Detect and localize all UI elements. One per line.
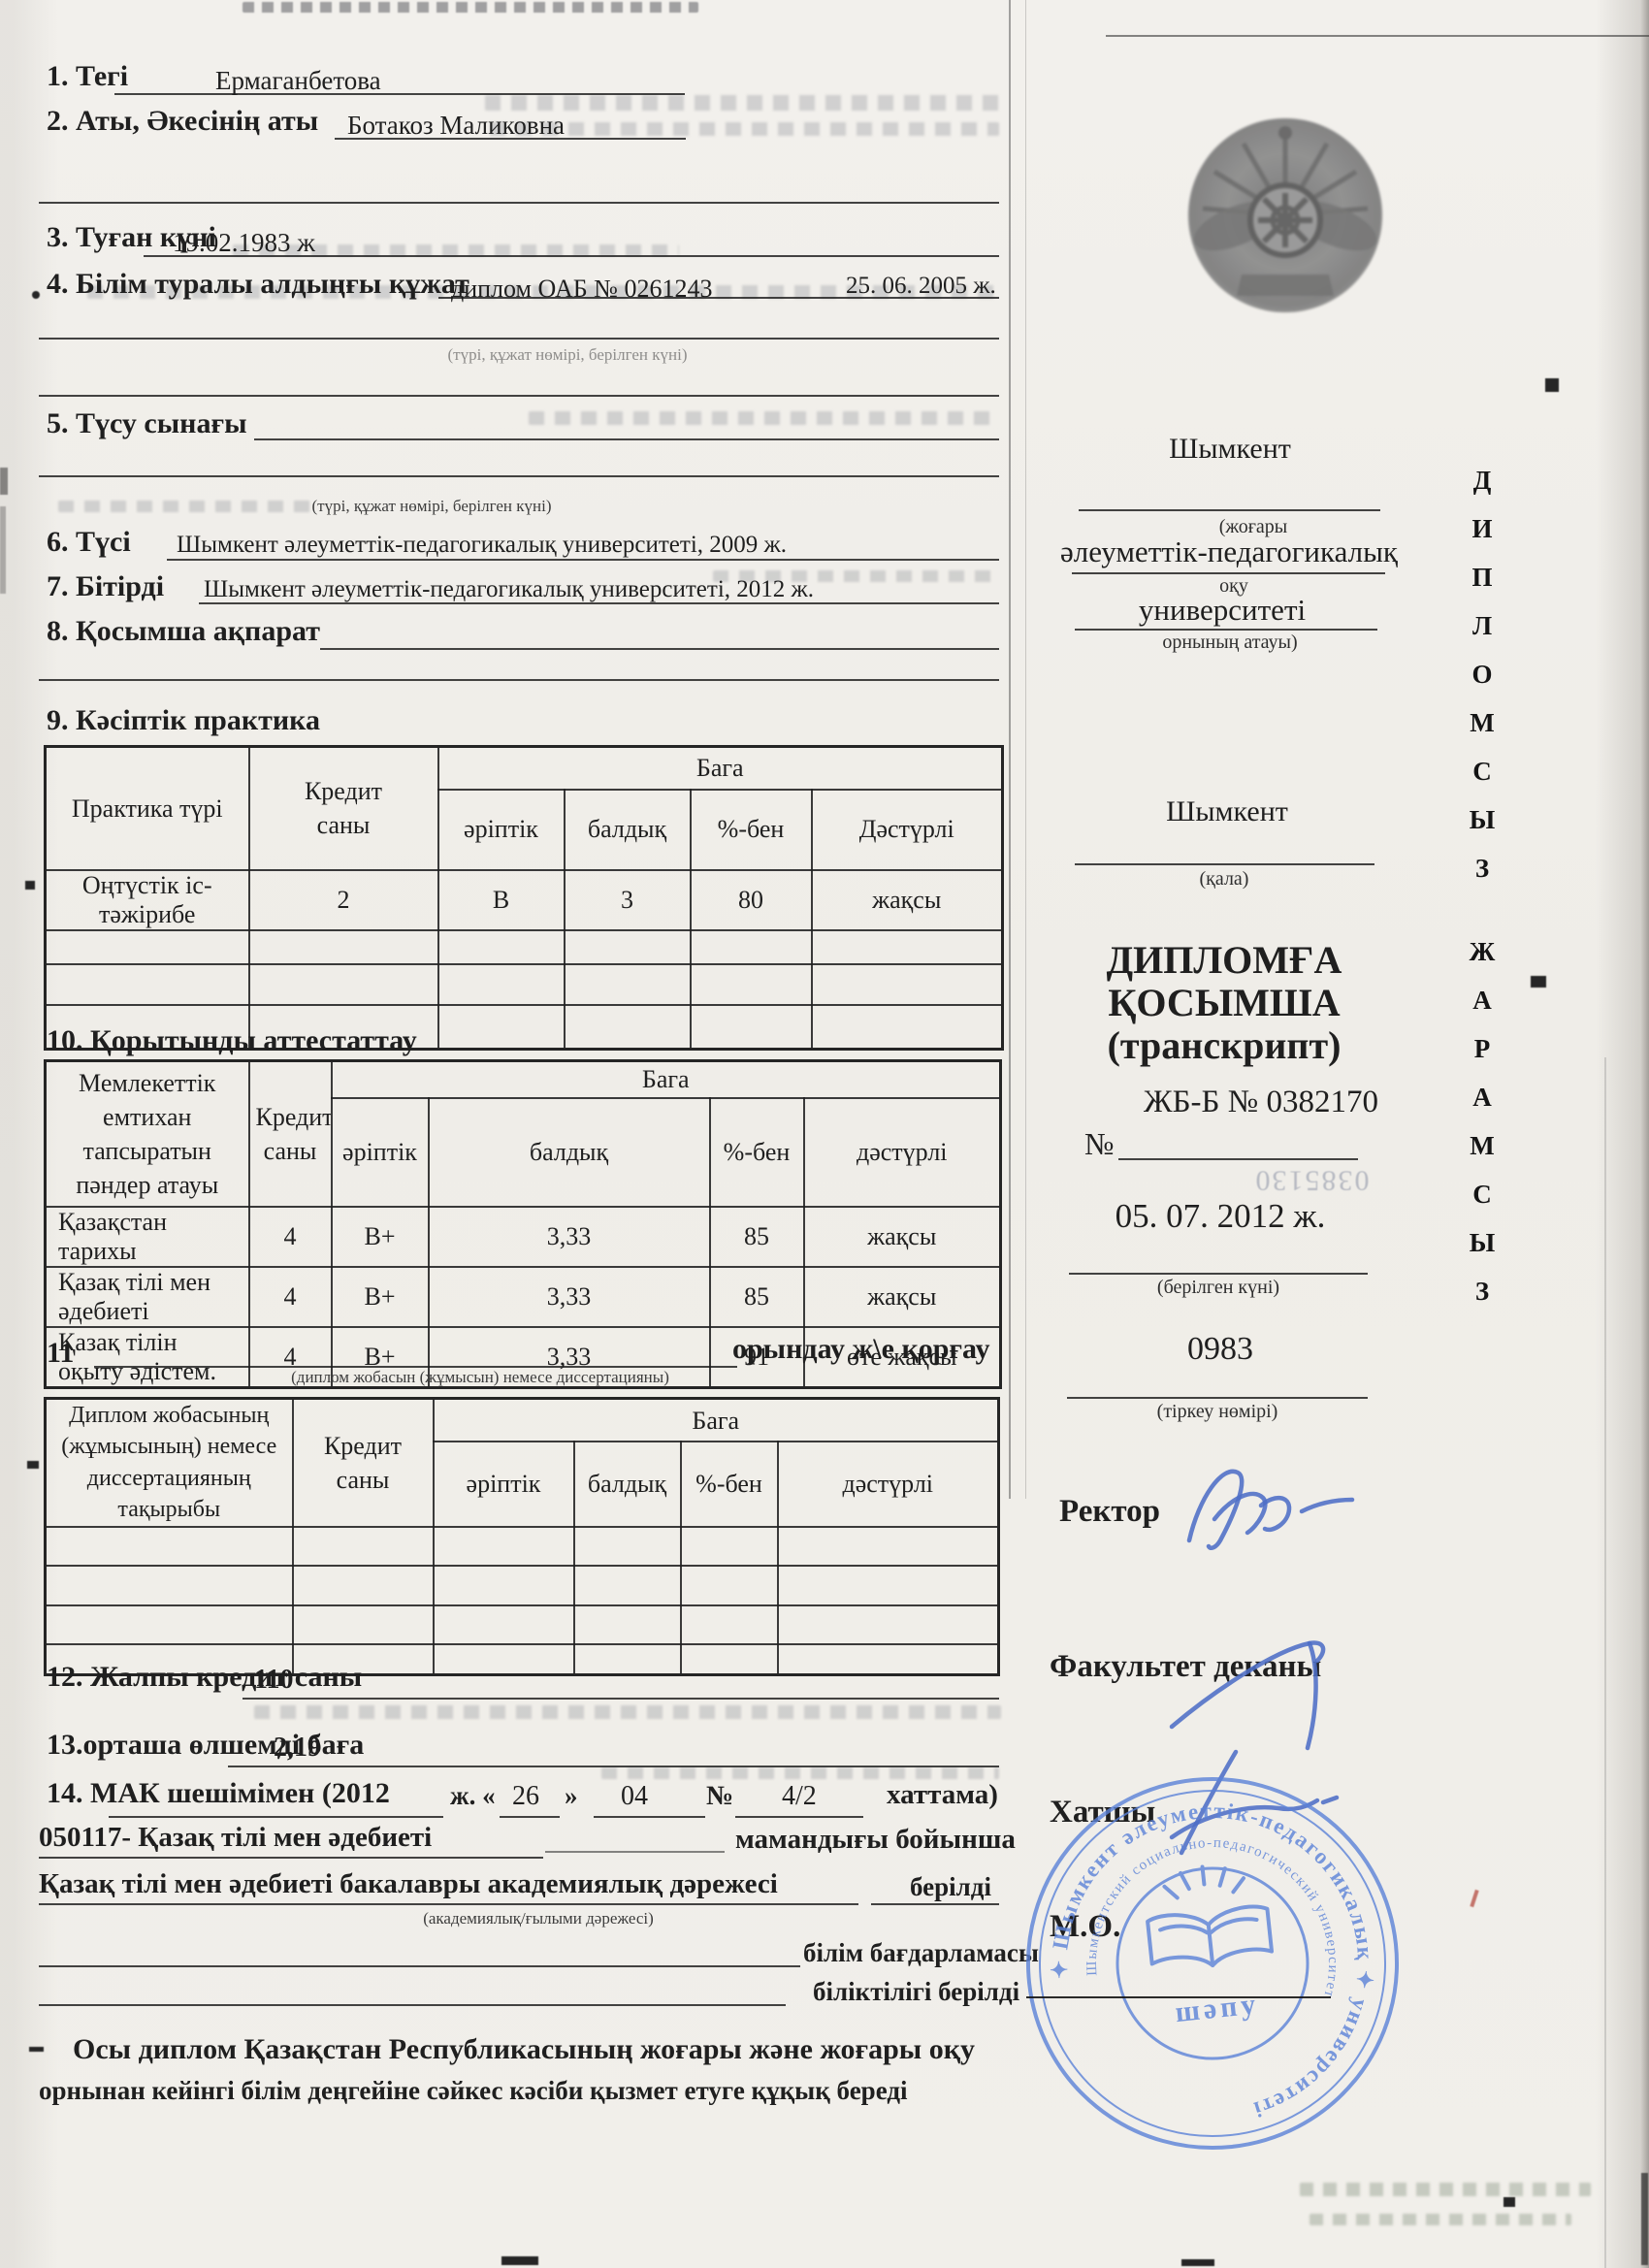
doc-title-line-2: ҚОСЫМША [1108, 982, 1340, 1025]
field-7-value: Шымкент әлеуметтік-педагогикалық универс… [204, 576, 814, 603]
university-round-stamp: ✦ Шымкент әлеуметтік-педагогикалық ✦ уни… [986, 1737, 1439, 2189]
col-grade: Бага [332, 1061, 1001, 1098]
table-row: Оңтүстік іс-тәжірибе2В380жақсы [46, 870, 1003, 930]
table-cell [438, 930, 565, 964]
speciality-right-text: мамандығы бойынша [735, 1824, 1016, 1855]
bleed-through-number: 0385130 [1254, 1164, 1370, 1197]
scan-smudge [485, 95, 999, 111]
page-edge-line [1604, 1057, 1606, 2268]
qualification-right-text: біліктілігі берілді [813, 1977, 1019, 2006]
table-header-row: Мемлекеттік емтихан тапсыратын пәндер ат… [46, 1061, 1001, 1098]
scan-speck [1503, 2197, 1515, 2207]
underline [109, 1816, 443, 1818]
table-header-row: Диплом жобасының (жұмысының) немесе дисс… [46, 1399, 999, 1442]
diploma-project-table: Диплом жобасының (жұмысының) немесе дисс… [44, 1397, 1000, 1676]
serial-number: ЖБ-Б № 0382170 [1144, 1085, 1378, 1120]
bullet-dash [29, 2047, 44, 2052]
scan-speck [501, 2256, 538, 2265]
scan-speck [1531, 976, 1546, 988]
field-4-label: 4. Білім туралы алдыңғы құжат [47, 268, 469, 301]
field-13-value: 2,19 [274, 1733, 321, 1763]
table-cell [778, 1605, 999, 1644]
table-cell [691, 1005, 812, 1050]
top-edge-line [1106, 35, 1649, 37]
field-14-day: 26 [512, 1781, 539, 1811]
field-2-label: 2. Аты, Әкесінің аты [47, 105, 318, 138]
col-percent: %-бен [710, 1098, 804, 1207]
field-14-zh: ж. « [450, 1781, 496, 1810]
table-cell: В+ [332, 1207, 429, 1267]
col-credits: Кредит саны [249, 1061, 332, 1207]
field-6-value: Шымкент әлеуметтік-педагогикалық универс… [177, 532, 787, 559]
underline [735, 1816, 863, 1818]
side-text-word-1: ДИПЛОМСЫЗ [1467, 466, 1497, 902]
field-2-value: Ботакоз Маликовна [347, 111, 565, 140]
table-cell [574, 1605, 681, 1644]
table-header-row: Практика түрі Кредит саны Бага [46, 747, 1003, 790]
underline [39, 1965, 800, 1967]
underline [320, 648, 999, 650]
blank-line [39, 475, 999, 477]
table-cell [565, 964, 691, 1005]
col-practice-type: Практика түрі [46, 747, 249, 870]
scan-smudge [1309, 2214, 1571, 2225]
footer-line-1: Осы диплом Қазақстан Республикасының жоғ… [73, 2033, 975, 2066]
section-10-title: 10. Қорытынды аттестаттау [47, 1024, 417, 1057]
col-percent: %-бен [681, 1442, 778, 1526]
field-4-date: 25. 06. 2005 ж. [846, 273, 996, 300]
rector-label: Ректор [1059, 1494, 1160, 1530]
bullet-square [25, 881, 35, 890]
table-cell [434, 1566, 574, 1605]
table-cell [434, 1527, 574, 1566]
col-letter: әріптік [332, 1098, 429, 1207]
table-cell: 3,33 [429, 1267, 710, 1327]
dean-signature [1164, 1618, 1358, 1759]
col-letter: әріптік [434, 1442, 574, 1526]
table-cell: В+ [332, 1267, 429, 1327]
table-cell [565, 1005, 691, 1050]
col-traditional: дәстүрлі [804, 1098, 1001, 1207]
table-cell [812, 1005, 1003, 1050]
no-sign: № [1084, 1127, 1115, 1162]
scan-speck [0, 468, 8, 495]
table-cell [691, 930, 812, 964]
underline [167, 559, 999, 561]
table-cell [574, 1527, 681, 1566]
fold-line [1009, 0, 1011, 1499]
field-14-label: 14. МАК шешімімен (2012 [47, 1777, 390, 1810]
table-cell [565, 930, 691, 964]
scan-smudge [254, 1705, 1001, 1719]
right-edge-shadow [1640, 0, 1649, 2268]
field-14-no-sign: № [706, 1781, 733, 1811]
field-1-label: 1. Тегі [47, 60, 128, 93]
field-14-quote: » [565, 1781, 578, 1810]
scan-speck [1181, 2259, 1214, 2266]
underline [500, 1816, 560, 1818]
practice-table: Практика түрі Кредит саны Бага әріптік б… [44, 745, 1004, 1051]
field-7-label: 7. Бітірді [47, 570, 164, 603]
table-cell [46, 930, 249, 964]
scan-smudge [601, 1767, 999, 1779]
blank-line [39, 395, 999, 397]
field-14-month: 04 [621, 1781, 648, 1811]
table-row [46, 1566, 999, 1605]
emblem-cross [1258, 193, 1312, 247]
table-cell: В [438, 870, 565, 930]
university-line-2: университеті [1139, 594, 1306, 628]
scan-smudge [1300, 2183, 1591, 2196]
registration-number: 0983 [1187, 1331, 1253, 1368]
table-cell [681, 1527, 778, 1566]
table-cell [812, 930, 1003, 964]
cap-registration: (тіркеу нөмірі) [1157, 1401, 1278, 1422]
table-cell [778, 1527, 999, 1566]
speciality-code-name: 050117- Қазақ тілі мен әдебиеті [39, 1822, 432, 1853]
doc-type-caption: (түрі, құжат нөмірі, берілген күні) [448, 345, 688, 364]
underline [1079, 509, 1380, 511]
fold-line-2 [1025, 0, 1026, 1499]
university-line-1: әлеуметтік-педагогикалық [1060, 535, 1398, 569]
emblem-star [1278, 126, 1292, 140]
underline [1075, 629, 1377, 631]
table-cell [812, 964, 1003, 1005]
underline [1067, 1397, 1368, 1399]
table-cell [293, 1566, 434, 1605]
table-cell [438, 1005, 565, 1050]
table-cell [691, 964, 812, 1005]
underline [871, 1903, 999, 1905]
table-cell: 4 [249, 1267, 332, 1327]
footer-line-2: орнынан кейінгі білім деңгейіне сәйкес к… [39, 2076, 907, 2105]
table-cell [681, 1644, 778, 1675]
table-row [46, 964, 1003, 1005]
col-credits: Кредит саны [293, 1399, 434, 1527]
scan-speck [1641, 2173, 1648, 2265]
blank-line [39, 202, 999, 204]
table-cell: Қазақ тілі мен әдебиеті [46, 1267, 249, 1327]
table-row [46, 1527, 999, 1566]
table-cell: 4 [249, 1207, 332, 1267]
degree-text: Қазақ тілі мен әдебиеті бакалавры академ… [39, 1868, 778, 1899]
table-cell: 85 [710, 1207, 804, 1267]
underline [114, 93, 685, 95]
field-6-label: 6. Түсі [47, 526, 131, 559]
table-cell [778, 1566, 999, 1605]
col-points: балдық [429, 1098, 710, 1207]
table-row: Қазақстан тарихы4В+3,3385жақсы [46, 1207, 1001, 1267]
table-cell [293, 1605, 434, 1644]
table-cell [434, 1605, 574, 1644]
doc-type-caption-2: (түрі, құжат нөмірі, берілген күні) [312, 497, 552, 515]
field-14-protocol-no: 4/2 [782, 1781, 817, 1811]
col-points: балдық [565, 790, 691, 870]
table-cell [46, 964, 249, 1005]
underline [144, 255, 999, 257]
scan-smudge [529, 411, 994, 425]
table-row: Қазақ тілі мен әдебиеті4В+3,3385жақсы [46, 1267, 1001, 1327]
seal-line [1026, 1996, 1331, 1998]
underline [39, 1857, 543, 1859]
underline [254, 438, 999, 440]
col-percent: %-бен [691, 790, 812, 870]
diploma-supplement-scan: 1. Тегі Ермаганбетова 2. Аты, Әкесінің а… [0, 0, 1649, 2268]
table-cell: 3 [565, 870, 691, 930]
degree-caption: (академиялық/ғылыми дәрежесі) [423, 1909, 654, 1928]
underline [594, 1816, 705, 1818]
table-cell: 85 [710, 1267, 804, 1327]
field-1-value: Ермаганбетова [215, 66, 381, 95]
side-text-word-2: ЖАРАМСЫЗ [1467, 937, 1497, 1325]
underline [242, 1698, 999, 1700]
underline [545, 1851, 725, 1853]
rector-signature [1172, 1451, 1385, 1558]
emblem-banner [1237, 275, 1334, 296]
kazakhstan-emblem-stamp [1185, 112, 1385, 317]
col-letter: әріптік [438, 790, 565, 870]
scan-smudge [242, 2, 698, 13]
cap-kala: (қала) [1200, 868, 1249, 890]
section-11-caption: (диплом жобасын (жұмысын) немесе диссерт… [291, 1368, 669, 1386]
underline [228, 1766, 999, 1767]
scan-smudge [490, 122, 999, 136]
table-cell [681, 1566, 778, 1605]
degree-right-text: берілді [910, 1872, 991, 1901]
table-cell [574, 1566, 681, 1605]
red-pen-speck [1470, 1890, 1478, 1907]
underline [39, 1903, 858, 1905]
table-cell: жақсы [812, 870, 1003, 930]
table-cell: 3,33 [429, 1207, 710, 1267]
field-5-label: 5. Түсу сынағы [47, 407, 247, 440]
underline [1069, 1273, 1368, 1275]
doc-title-line-3: (транскрипт) [1108, 1024, 1342, 1068]
col-traditional: дәстүрлі [778, 1442, 999, 1526]
table-cell [249, 964, 438, 1005]
blank-line [39, 679, 999, 681]
table-cell [434, 1644, 574, 1675]
field-14-protocol-word: хаттама) [887, 1779, 998, 1810]
table-cell: 2 [249, 870, 438, 930]
table-cell [293, 1527, 434, 1566]
col-grade: Бага [434, 1399, 999, 1442]
table-cell: жақсы [804, 1207, 1001, 1267]
table-cell [249, 930, 438, 964]
col-subject: Мемлекеттік емтихан тапсыратын пәндер ат… [46, 1061, 249, 1207]
col-credits: Кредит саны [249, 747, 438, 870]
section-11-right-text: орындау ж\е қорғау [732, 1333, 990, 1366]
underline [335, 138, 686, 140]
field-12-value: 110 [254, 1665, 293, 1695]
scan-speck [1545, 378, 1559, 392]
table-cell: жақсы [804, 1267, 1001, 1327]
field-3-value: 19.02.1983 ж [173, 228, 315, 257]
table-cell [681, 1605, 778, 1644]
cap-issued-date: (берілген күні) [1157, 1277, 1279, 1298]
doc-title-line-1: ДИПЛОМҒА [1107, 939, 1342, 983]
issue-date: 05. 07. 2012 ж. [1115, 1197, 1326, 1235]
underline [1075, 863, 1374, 865]
blank-line [39, 338, 999, 340]
underline [1118, 1158, 1358, 1160]
scan-speck [0, 506, 6, 594]
table-cell: Оңтүстік іс-тәжірибе [46, 870, 249, 930]
city-2: Шымкент [1166, 795, 1288, 828]
table-cell: 80 [691, 870, 812, 930]
table-cell [46, 1566, 293, 1605]
col-topic: Диплом жобасының (жұмысының) немесе дисс… [46, 1399, 293, 1527]
field-8-label: 8. Қосымша ақпарат [47, 615, 320, 648]
city-top: Шымкент [1169, 433, 1291, 466]
stamp-center-text: шәпу [1174, 1988, 1261, 2028]
cap-orny: орнының атауы) [1162, 632, 1297, 653]
table-cell [778, 1644, 999, 1675]
table-cell [438, 964, 565, 1005]
table-cell [574, 1644, 681, 1675]
scan-smudge [58, 501, 310, 512]
table-row [46, 1605, 999, 1644]
col-grade: Бага [438, 747, 1003, 790]
field-12-label: 12. Жалпы кредит саны [47, 1661, 362, 1694]
underline [1072, 572, 1385, 574]
table-cell: Қазақстан тарихы [46, 1207, 249, 1267]
bullet-dot [32, 291, 40, 299]
underline [199, 602, 999, 604]
col-traditional: Дәстүрлі [812, 790, 1003, 870]
table-row [46, 930, 1003, 964]
section-9-title: 9. Кәсіптік практика [47, 704, 320, 737]
underline [39, 2004, 786, 2006]
underline [438, 297, 999, 299]
table-cell: Қазақ тілін оқыту әдістем. [46, 1327, 249, 1388]
col-points: балдық [574, 1442, 681, 1526]
section-11-number: 11 [47, 1337, 74, 1370]
table-cell [46, 1605, 293, 1644]
table-cell [46, 1527, 293, 1566]
bullet-square [27, 1461, 39, 1469]
